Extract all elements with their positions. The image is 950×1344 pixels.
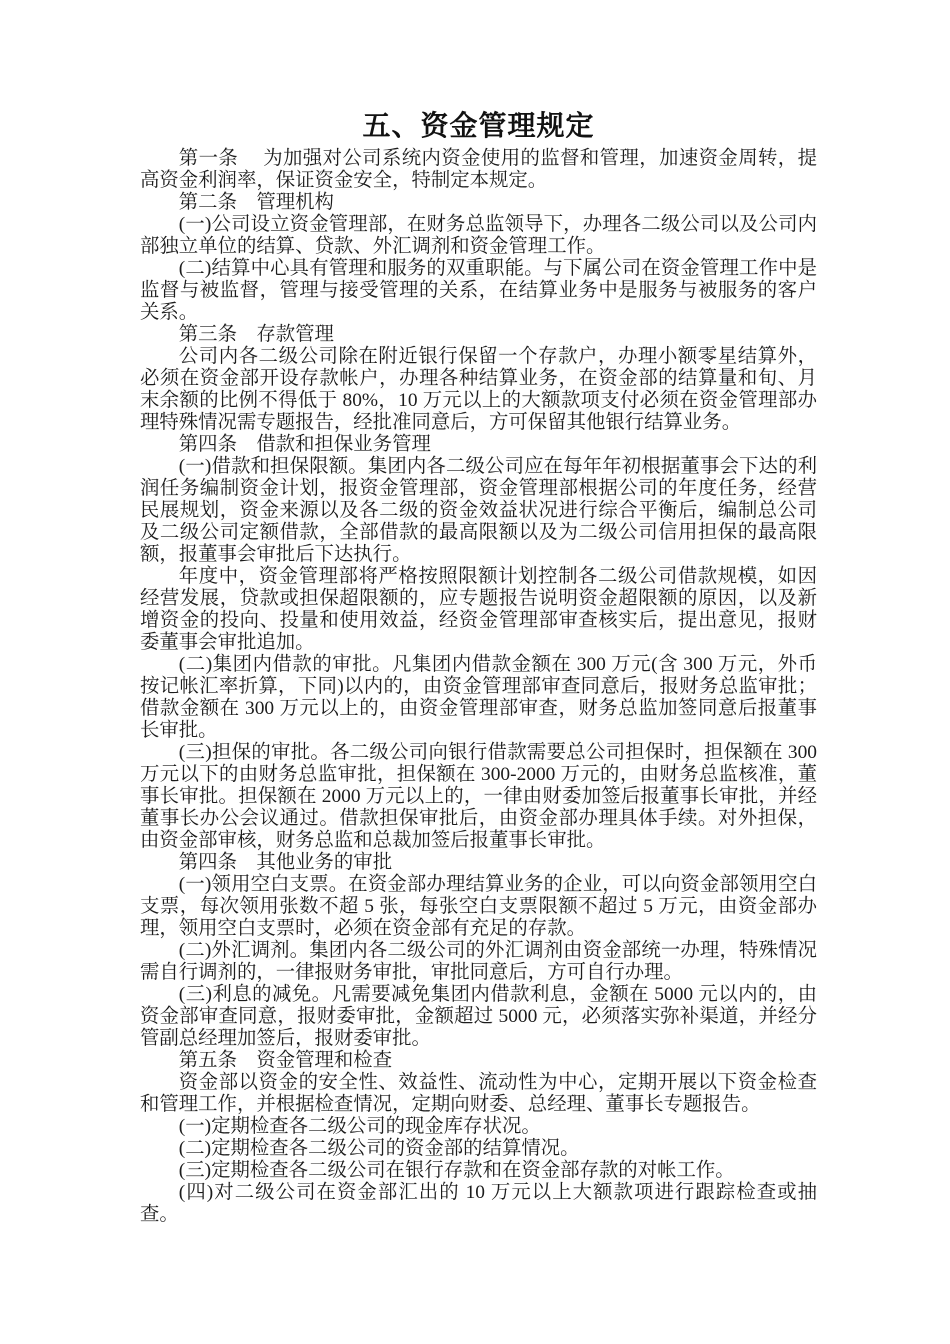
document-paragraph: (四)对二级公司在资金部汇出的 10 万元以上大额款项进行跟踪检查或抽查。	[140, 1182, 817, 1226]
document-paragraph: (一)公司设立资金管理部，在财务总监领导下，办理各二级公司以及公司内部独立单位的…	[140, 214, 817, 258]
document-paragraph: (三)定期检查各二级公司在银行存款和在资金部存款的对帐工作。	[140, 1160, 817, 1182]
document-paragraph: (三)利息的减免。凡需要减免集团内借款利息，金额在 5000 元以内的，由资金部…	[140, 984, 817, 1050]
document-paragraph: (二)外汇调剂。集团内各二级公司的外汇调剂由资金部统一办理，特殊情况需自行调剂的…	[140, 940, 817, 984]
document-paragraph: 年度中，资金管理部将严格按照限额计划控制各二级公司借款规模，如因经营发展，贷款或…	[140, 566, 817, 654]
document-paragraph: (一)定期检查各二级公司的现金库存状况。	[140, 1116, 817, 1138]
document-paragraphs: 第一条 为加强对公司系统内资金使用的监督和管理，加速资金周转，提高资金利润率，保…	[140, 148, 817, 1226]
document-paragraph: (二)结算中心具有管理和服务的双重职能。与下属公司在资金管理工作中是监督与被监督…	[140, 258, 817, 324]
document-paragraph: 公司内各二级公司除在附近银行保留一个存款户，办理小额零星结算外，必须在资金部开设…	[140, 346, 817, 434]
document-paragraph: (三)担保的审批。各二级公司向银行借款需要总公司担保时，担保额在 300 万元以…	[140, 742, 817, 852]
document-paragraph: 第四条 其他业务的审批	[140, 852, 817, 874]
document-page: 五、资金管理规定 第一条 为加强对公司系统内资金使用的监督和管理，加速资金周转，…	[0, 0, 950, 1344]
document-paragraph: (二)集团内借款的审批。凡集团内借款金额在 300 万元(含 300 万元，外币…	[140, 654, 817, 742]
document-paragraph: 第三条 存款管理	[140, 324, 817, 346]
document-paragraph: (一)借款和担保限额。集团内各二级公司应在每年年初根据董事会下达的利润任务编制资…	[140, 456, 817, 566]
document-content: 五、资金管理规定 第一条 为加强对公司系统内资金使用的监督和管理，加速资金周转，…	[140, 108, 817, 1226]
document-title: 五、资金管理规定	[140, 108, 817, 144]
document-page-body: { "colors": { "background": "#ffffff", "…	[0, 0, 950, 1344]
document-paragraph: 资金部以资金的安全性、效益性、流动性为中心，定期开展以下资金检查和管理工作，并根…	[140, 1072, 817, 1116]
document-paragraph: 第五条 资金管理和检查	[140, 1050, 817, 1072]
document-paragraph: 第一条 为加强对公司系统内资金使用的监督和管理，加速资金周转，提高资金利润率，保…	[140, 148, 817, 192]
document-paragraph: 第四条 借款和担保业务管理	[140, 434, 817, 456]
document-paragraph: 第二条 管理机构	[140, 192, 817, 214]
document-paragraph: (一)领用空白支票。在资金部办理结算业务的企业，可以向资金部领用空白支票，每次领…	[140, 874, 817, 940]
document-paragraph: (二)定期检查各二级公司的资金部的结算情况。	[140, 1138, 817, 1160]
